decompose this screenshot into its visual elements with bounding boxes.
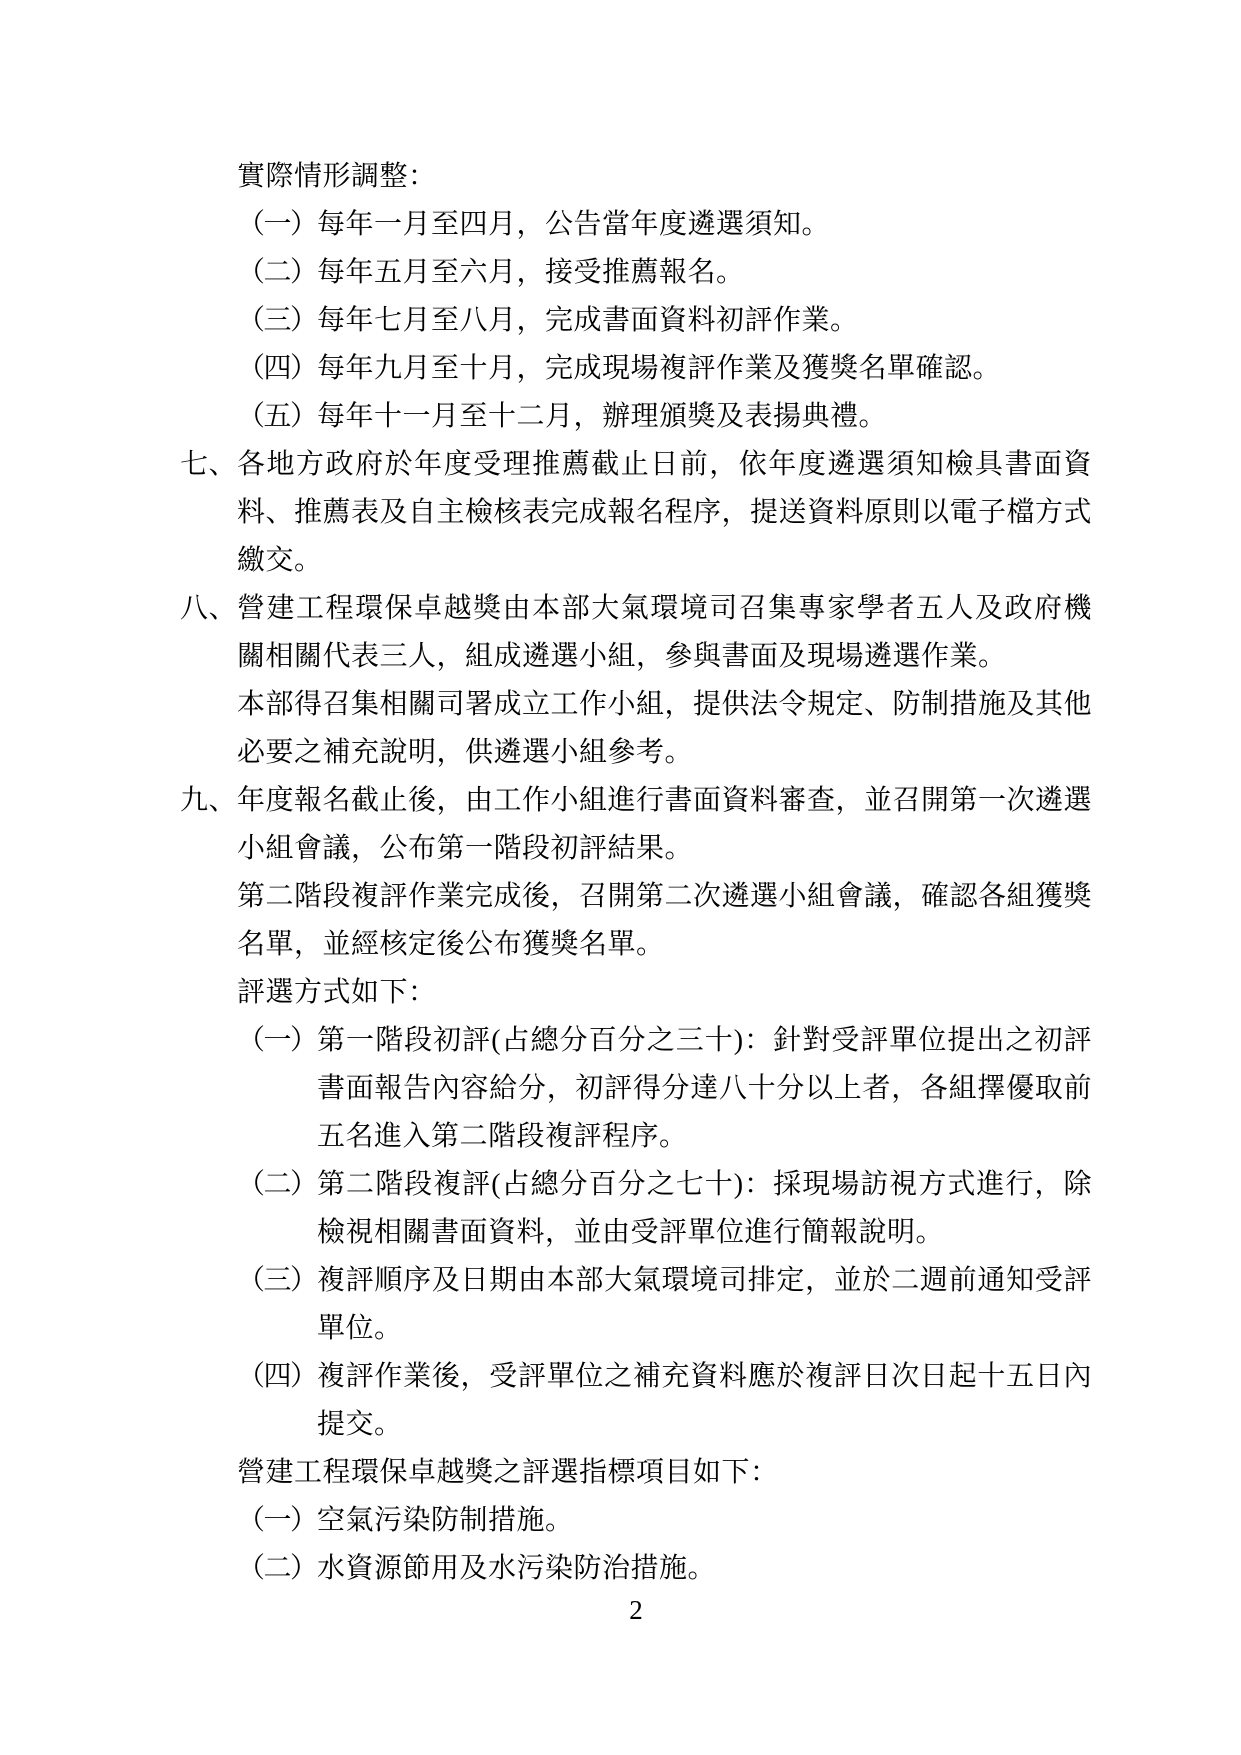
line-text: 名單，並經核定後公布獲獎名單。: [237, 921, 1092, 969]
list-marker: （三）: [237, 1257, 317, 1305]
list-marker: （二）: [237, 1161, 317, 1209]
text-line-19: （一）第一階段初評(占總分百分之三十)：針對受評單位提出之初評: [237, 1017, 1092, 1065]
line-text: 繳交。: [237, 537, 1092, 585]
text-line-10: 八、營建工程環保卓越獎由本部大氣環境司召集專家學者五人及政府機: [180, 585, 1092, 633]
line-text: 營建工程環保卓越獎由本部大氣環境司召集專家學者五人及政府機: [237, 585, 1092, 633]
list-marker: （二）: [237, 1545, 317, 1593]
line-text: 每年五月至六月，接受推薦報名。: [317, 249, 1092, 297]
text-line-28: 營建工程環保卓越獎之評選指標項目如下：: [237, 1449, 1092, 1497]
list-marker: （三）: [237, 297, 317, 345]
text-line-4: （三）每年七月至八月，完成書面資料初評作業。: [237, 297, 1092, 345]
line-text: 每年一月至四月，公告當年度遴選須知。: [317, 201, 1092, 249]
list-marker: （四）: [237, 345, 317, 393]
list-marker: （五）: [237, 393, 317, 441]
text-line-14: 九、年度報名截止後，由工作小組進行書面資料審查，並召開第一次遴選: [180, 777, 1092, 825]
list-marker: 七、: [180, 441, 237, 489]
line-text: 營建工程環保卓越獎之評選指標項目如下：: [237, 1449, 1092, 1497]
text-line-29: （一）空氣污染防制措施。: [237, 1497, 1092, 1545]
text-line-6: （五）每年十一月至十二月，辦理頒獎及表揚典禮。: [237, 393, 1092, 441]
text-line-26: （四）複評作業後，受評單位之補充資料應於複評日次日起十五日內: [237, 1353, 1092, 1401]
document-page: 實際情形調整：（一）每年一月至四月，公告當年度遴選須知。（二）每年五月至六月，接…: [0, 0, 1241, 1755]
text-line-17: 名單，並經核定後公布獲獎名單。: [237, 921, 1092, 969]
line-text: 檢視相關書面資料，並由受評單位進行簡報說明。: [317, 1209, 1092, 1257]
text-line-25: 單位。: [317, 1305, 1092, 1353]
page-number: 2: [180, 1590, 1092, 1630]
line-text: 必要之補充說明，供遴選小組參考。: [237, 729, 1092, 777]
line-text: 第一階段初評(占總分百分之三十)：針對受評單位提出之初評: [317, 1017, 1092, 1065]
line-text: 提交。: [317, 1401, 1092, 1449]
line-text: 第二階段複評(占總分百分之七十)：採現場訪視方式進行，除: [317, 1161, 1092, 1209]
list-marker: （四）: [237, 1353, 317, 1401]
list-marker: 八、: [180, 585, 237, 633]
line-text: 複評順序及日期由本部大氣環境司排定，並於二週前通知受評: [317, 1257, 1092, 1305]
line-text: 複評作業後，受評單位之補充資料應於複評日次日起十五日內: [317, 1353, 1092, 1401]
line-text: 水資源節用及水污染防治措施。: [317, 1545, 1092, 1593]
text-line-20: 書面報告內容給分，初評得分達八十分以上者，各組擇優取前: [317, 1065, 1092, 1113]
line-text: 書面報告內容給分，初評得分達八十分以上者，各組擇優取前: [317, 1065, 1092, 1113]
line-text: 單位。: [317, 1305, 1092, 1353]
line-text: 各地方政府於年度受理推薦截止日前，依年度遴選須知檢具書面資: [237, 441, 1092, 489]
text-line-8: 料、推薦表及自主檢核表完成報名程序，提送資料原則以電子檔方式: [237, 489, 1092, 537]
text-line-27: 提交。: [317, 1401, 1092, 1449]
text-line-5: （四）每年九月至十月，完成現場複評作業及獲獎名單確認。: [237, 345, 1092, 393]
text-line-24: （三）複評順序及日期由本部大氣環境司排定，並於二週前通知受評: [237, 1257, 1092, 1305]
text-line-12: 本部得召集相關司署成立工作小組，提供法令規定、防制措施及其他: [237, 681, 1092, 729]
line-text: 空氣污染防制措施。: [317, 1497, 1092, 1545]
text-line-11: 關相關代表三人，組成遴選小組，參與書面及現場遴選作業。: [237, 633, 1092, 681]
line-text: 關相關代表三人，組成遴選小組，參與書面及現場遴選作業。: [237, 633, 1092, 681]
list-marker: （二）: [237, 249, 317, 297]
list-marker: （一）: [237, 1017, 317, 1065]
line-text: 每年九月至十月，完成現場複評作業及獲獎名單確認。: [317, 345, 1092, 393]
line-text: 五名進入第二階段複評程序。: [317, 1113, 1092, 1161]
line-text: 年度報名截止後，由工作小組進行書面資料審查，並召開第一次遴選: [237, 777, 1092, 825]
text-line-30: （二）水資源節用及水污染防治措施。: [237, 1545, 1092, 1593]
line-text: 小組會議，公布第一階段初評結果。: [237, 825, 1092, 873]
text-line-1: 實際情形調整：: [237, 153, 1092, 201]
document-body: 實際情形調整：（一）每年一月至四月，公告當年度遴選須知。（二）每年五月至六月，接…: [180, 153, 1092, 1593]
list-marker: 九、: [180, 777, 237, 825]
text-line-18: 評選方式如下：: [237, 969, 1092, 1017]
list-marker: （一）: [237, 201, 317, 249]
list-marker: （一）: [237, 1497, 317, 1545]
text-line-2: （一）每年一月至四月，公告當年度遴選須知。: [237, 201, 1092, 249]
line-text: 每年十一月至十二月，辦理頒獎及表揚典禮。: [317, 393, 1092, 441]
text-line-7: 七、各地方政府於年度受理推薦截止日前，依年度遴選須知檢具書面資: [180, 441, 1092, 489]
line-text: 本部得召集相關司署成立工作小組，提供法令規定、防制措施及其他: [237, 681, 1092, 729]
text-line-16: 第二階段複評作業完成後，召開第二次遴選小組會議，確認各組獲獎: [237, 873, 1092, 921]
text-line-22: （二）第二階段複評(占總分百分之七十)：採現場訪視方式進行，除: [237, 1161, 1092, 1209]
text-line-9: 繳交。: [237, 537, 1092, 585]
line-text: 每年七月至八月，完成書面資料初評作業。: [317, 297, 1092, 345]
line-text: 實際情形調整：: [237, 153, 1092, 201]
line-text: 第二階段複評作業完成後，召開第二次遴選小組會議，確認各組獲獎: [237, 873, 1092, 921]
line-text: 評選方式如下：: [237, 969, 1092, 1017]
line-text: 料、推薦表及自主檢核表完成報名程序，提送資料原則以電子檔方式: [237, 489, 1092, 537]
text-line-23: 檢視相關書面資料，並由受評單位進行簡報說明。: [317, 1209, 1092, 1257]
text-line-3: （二）每年五月至六月，接受推薦報名。: [237, 249, 1092, 297]
text-line-21: 五名進入第二階段複評程序。: [317, 1113, 1092, 1161]
text-line-13: 必要之補充說明，供遴選小組參考。: [237, 729, 1092, 777]
text-line-15: 小組會議，公布第一階段初評結果。: [237, 825, 1092, 873]
